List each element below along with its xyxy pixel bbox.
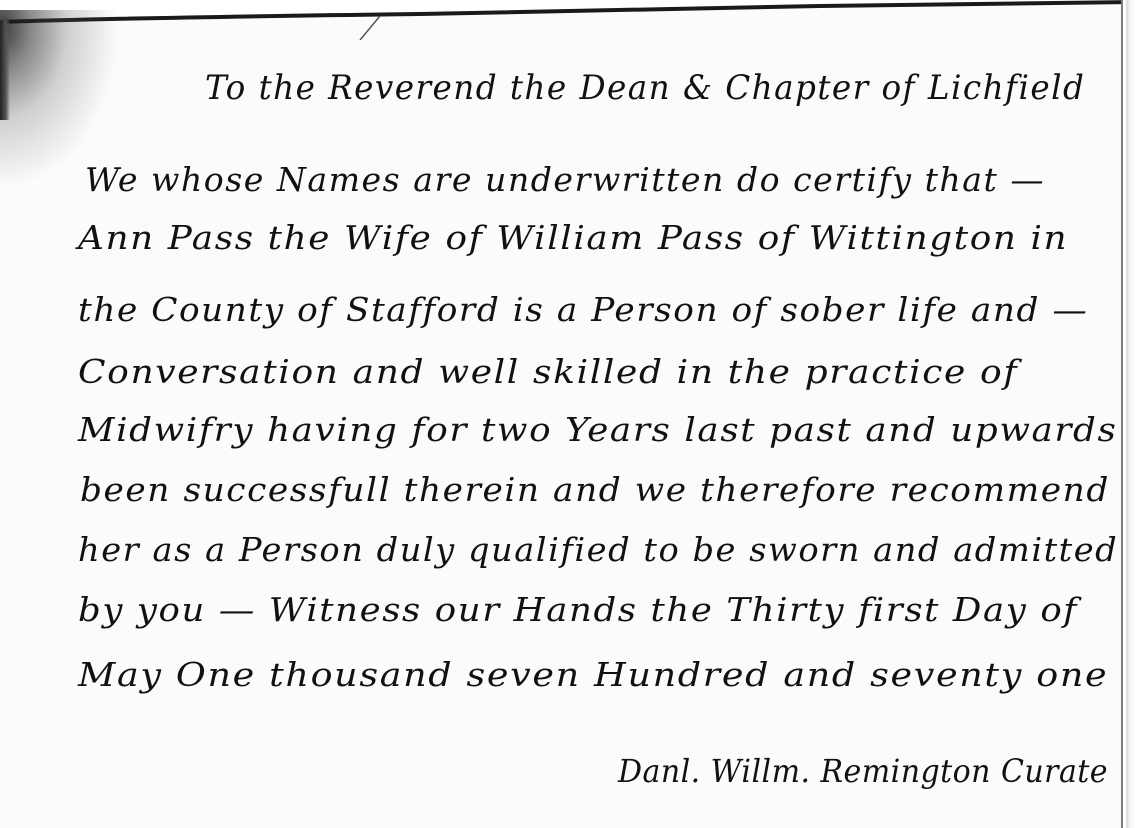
body-line-9: May One thousand seven Hundred and seven… [78, 655, 1108, 694]
body-line-8: by you — Witness our Hands the Thirty fi… [78, 590, 1078, 629]
body-line-7: her as a Person duly qualified to be swo… [78, 530, 1118, 569]
body-line-1: We whose Names are underwritten do certi… [85, 160, 1045, 199]
signature: Danl. Willm. Remington Curate [618, 752, 1108, 790]
right-paper-edge [1121, 0, 1135, 828]
body-line-2: Ann Pass the Wife of William Pass of Wit… [78, 218, 1068, 257]
torn-top-edge [0, 0, 1135, 40]
body-line-4: Conversation and well skilled in the pra… [78, 352, 1018, 391]
body-line-6: been successfull therein and we therefor… [80, 470, 1110, 509]
right-border-line [1121, 0, 1123, 828]
binding-edge [0, 20, 10, 120]
salutation: To the Reverend the Dean & Chapter of Li… [205, 68, 1085, 108]
body-line-5: Midwifry having for two Years last past … [78, 410, 1117, 449]
body-line-3: the County of Stafford is a Person of so… [78, 290, 1088, 329]
document-page: To the Reverend the Dean & Chapter of Li… [0, 0, 1135, 828]
